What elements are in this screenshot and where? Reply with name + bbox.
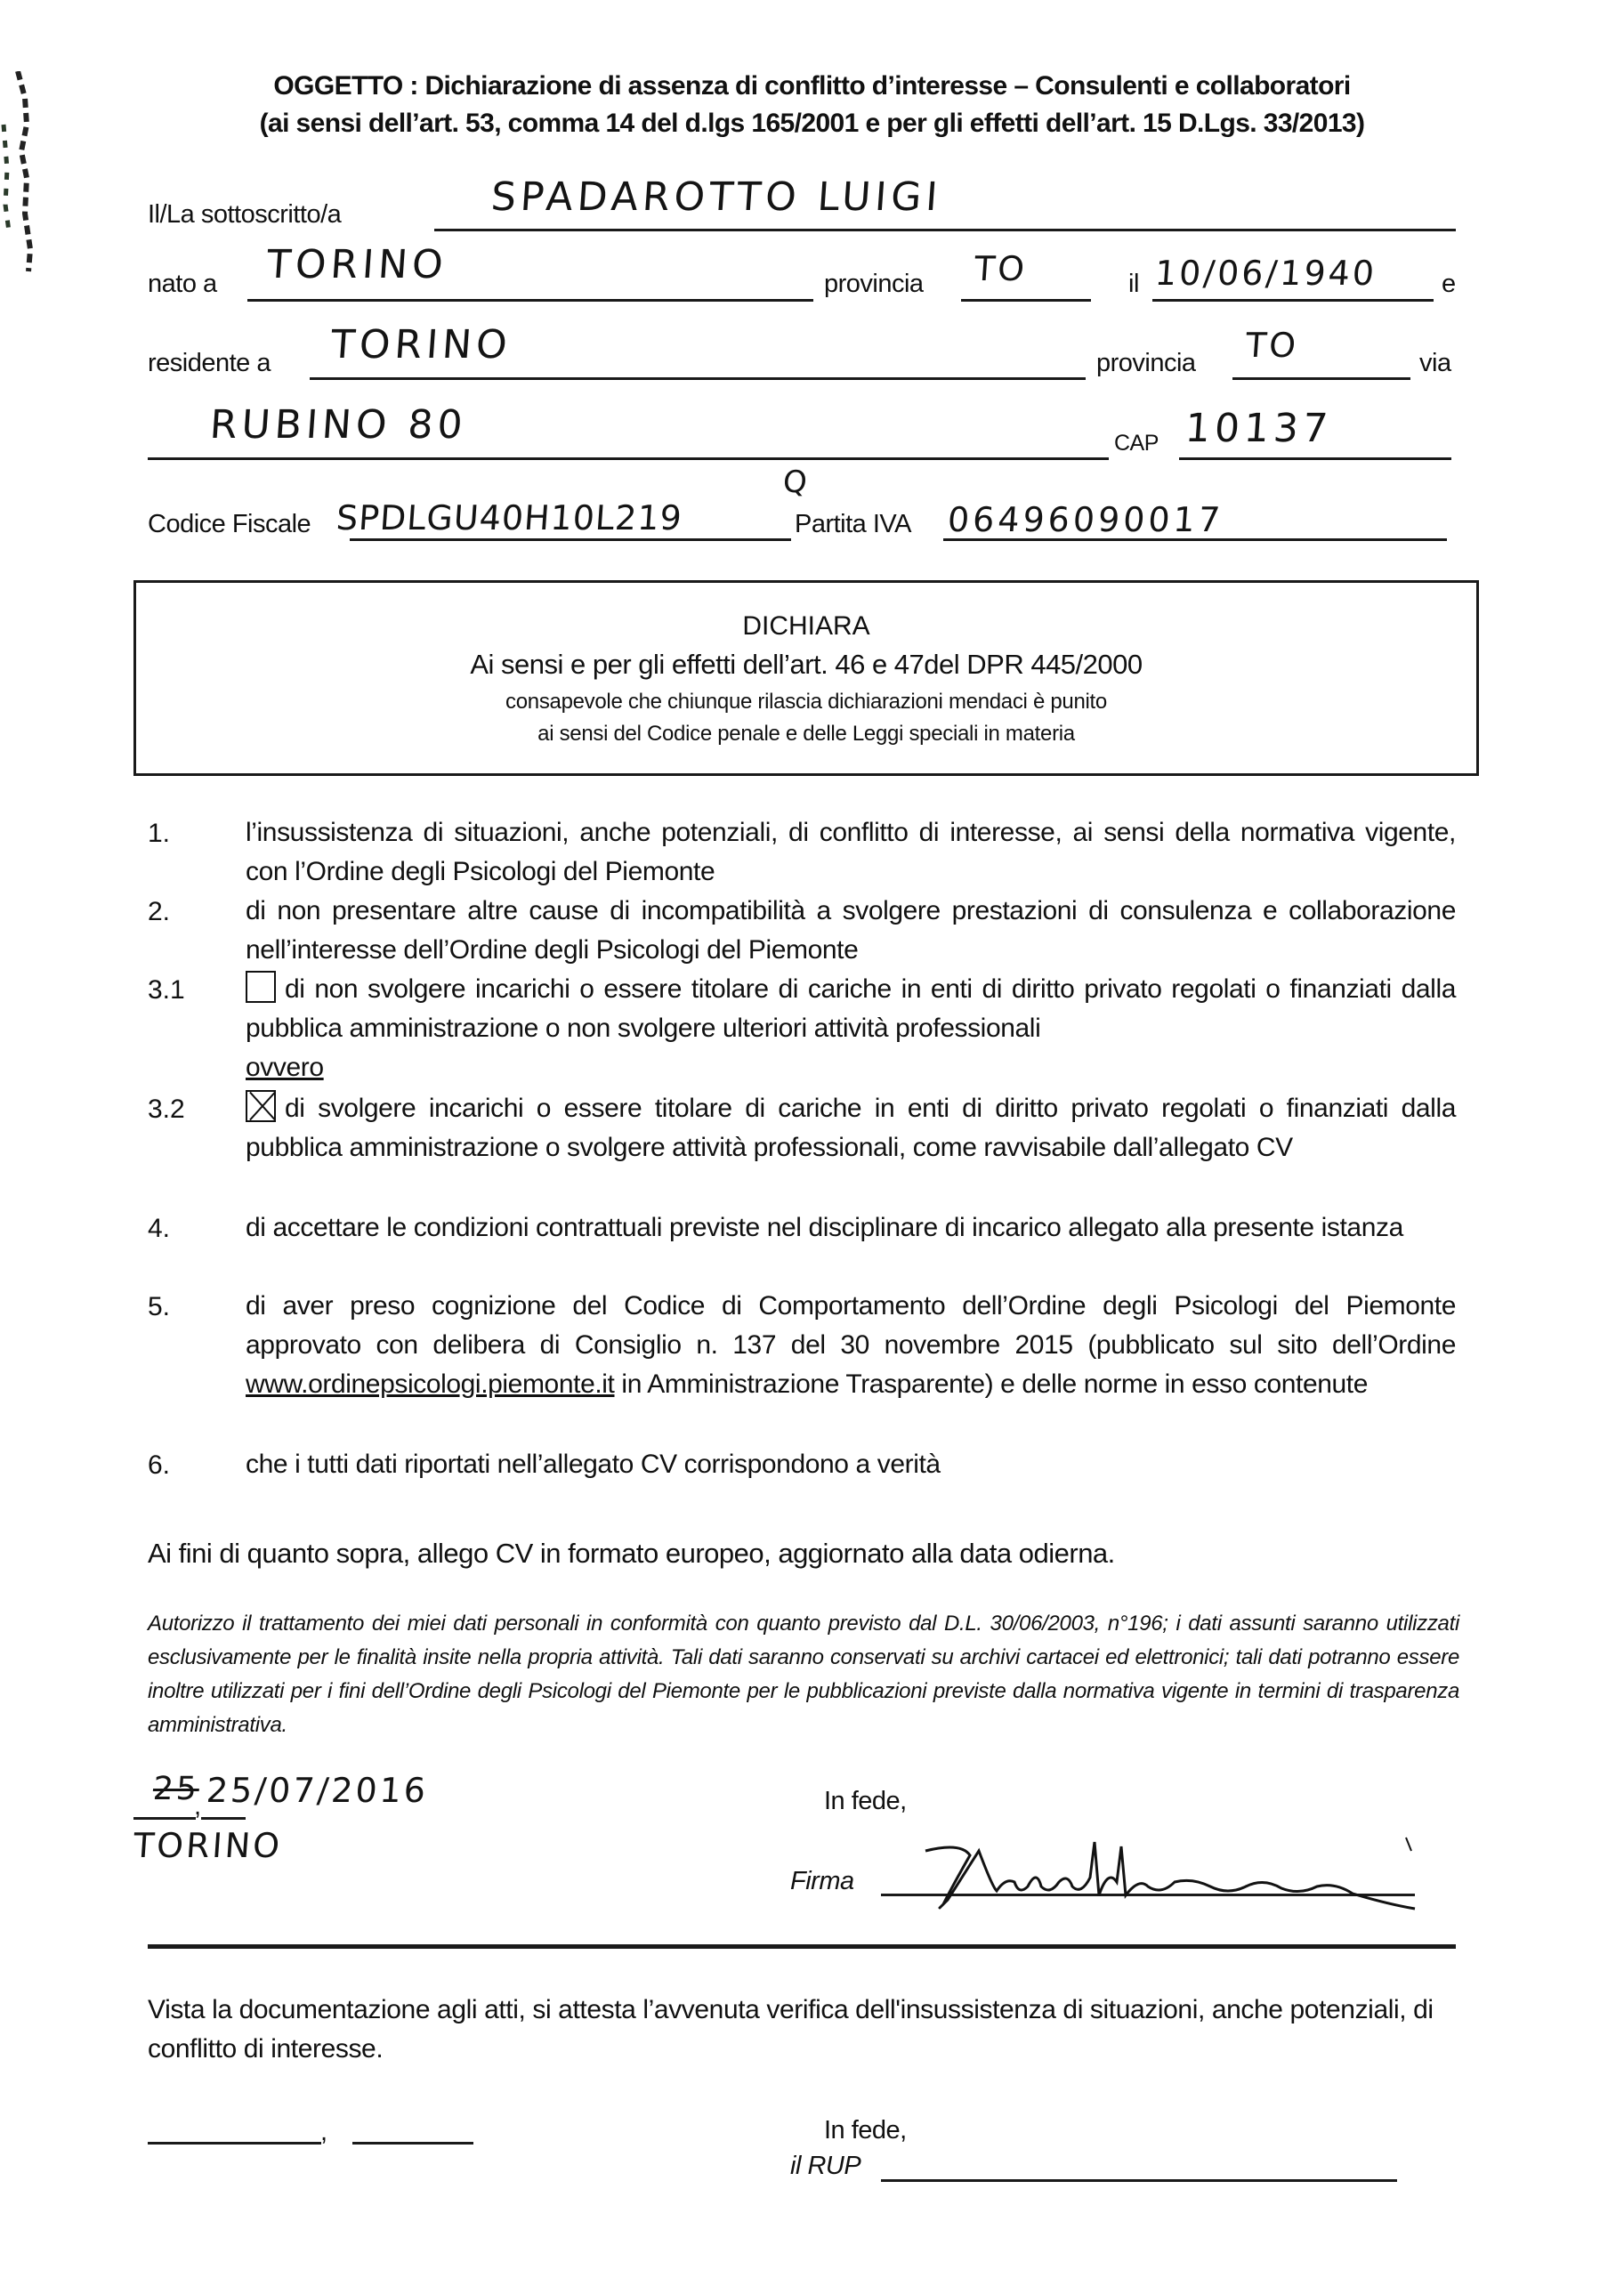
list-item: 1. l’insussistenza di situazioni, anche … <box>148 819 1456 897</box>
provincia-residenza-label: provincia <box>1096 349 1196 378</box>
ovvero-label: ovvero <box>246 1053 324 1082</box>
partita-iva-label: Partita IVA <box>795 510 911 539</box>
item-text: di svolgere incarichi o essere titolare … <box>246 1094 1456 1162</box>
scan-artifact <box>0 71 40 276</box>
declaration-subheading: Ai sensi e per gli effetti dell’art. 46 … <box>136 649 1476 681</box>
via-underline <box>148 457 1109 460</box>
list-item: 3.1 di non svolgere incarichi o essere t… <box>148 975 1456 1095</box>
item-text: in Amministrazione Trasparente) e delle … <box>615 1369 1369 1399</box>
rup-label: il RUP <box>790 2152 860 2181</box>
data-nascita-field[interactable]: 10/06/1940 <box>1153 254 1378 293</box>
declaration-items: 1. l’insussistenza di situazioni, anche … <box>148 819 1456 1490</box>
cap-field[interactable]: 10137 <box>1184 406 1334 451</box>
nato-underline <box>247 299 813 302</box>
item-number: 4. <box>148 1214 170 1244</box>
item-text-wrap: di svolgere incarichi o essere titolare … <box>246 1089 1456 1167</box>
declaration-heading: DICHIARA <box>136 611 1476 642</box>
item-number: 5. <box>148 1292 170 1322</box>
place-underline <box>133 1817 196 1820</box>
firma-label: Firma <box>790 1867 854 1896</box>
item-text: che i tutti dati riportati nell’allegato… <box>246 1445 1456 1484</box>
provincia-residenza-underline <box>1232 377 1410 380</box>
in-fede-label: In fede, <box>824 1787 907 1816</box>
partita-iva-field[interactable]: 06496090017 <box>946 500 1224 539</box>
provincia-nascita-field[interactable]: TO <box>973 249 1028 288</box>
data-nascita-underline <box>1152 299 1434 302</box>
declaration-note-1: consapevole che chiunque rilascia dichia… <box>136 690 1476 715</box>
provincia-nascita-label: provincia <box>824 270 924 299</box>
sottoscritto-field[interactable]: SPADAROTTO LUIGI <box>489 174 943 220</box>
codice-fiscale-field[interactable]: SPDLGU40H10L219 <box>335 498 683 537</box>
verification-text: Vista la documentazione agli atti, si at… <box>148 1991 1438 2069</box>
cap-label: CAP <box>1114 431 1159 456</box>
via-label: via <box>1419 349 1451 378</box>
declaration-box: DICHIARA Ai sensi e per gli effetti dell… <box>133 580 1479 776</box>
list-item: 5. di aver preso cognizione del Codice d… <box>148 1292 1456 1450</box>
provincia-nascita-underline <box>961 299 1091 302</box>
sottoscritto-label: Il/La sottoscritto/a <box>148 200 341 230</box>
item-text: di non presentare altre cause di incompa… <box>246 892 1456 970</box>
nato-field[interactable]: TORINO <box>265 242 448 287</box>
item-text: di aver preso cognizione del Codice di C… <box>246 1291 1456 1360</box>
privacy-note: Autorizzo il trattamento dei miei dati p… <box>148 1607 1459 1742</box>
ordine-website-link[interactable]: www.ordinepsicologi.piemonte.it <box>246 1369 615 1399</box>
document-subtitle: (ai sensi dell’art. 53, comma 14 del d.l… <box>0 109 1624 139</box>
signature-field[interactable] <box>908 1833 1442 1913</box>
residente-field[interactable]: TORINO <box>329 322 513 368</box>
item-text: di accettare le condizioni contrattuali … <box>246 1208 1456 1248</box>
date-underline <box>201 1817 246 1820</box>
section-divider <box>148 1944 1456 1949</box>
verification-date-blank[interactable] <box>352 2142 473 2145</box>
list-item: 2. di non presentare altre cause di inco… <box>148 897 1456 975</box>
e-label: e <box>1442 270 1456 299</box>
attachment-note: Ai fini di quanto sopra, allego CV in fo… <box>148 1538 1115 1570</box>
nato-label: nato a <box>148 270 217 299</box>
item-text-wrap: di non svolgere incarichi o essere titol… <box>246 970 1456 1087</box>
sottoscritto-underline <box>434 229 1456 231</box>
checkbox-3-2-checked[interactable] <box>246 1090 276 1122</box>
list-item: 6. che i tutti dati riportati nell’alleg… <box>148 1450 1456 1490</box>
declaration-note-2: ai sensi del Codice penale e delle Leggi… <box>136 722 1476 747</box>
item-number: 3.1 <box>148 975 185 1006</box>
place-field[interactable]: TORINO <box>132 1826 283 1865</box>
item-number: 1. <box>148 819 170 849</box>
item-text: l’insussistenza di situazioni, anche pot… <box>246 813 1456 892</box>
codice-fiscale-label: Codice Fiscale <box>148 510 311 539</box>
checkbox-3-1[interactable] <box>246 971 276 1003</box>
item-number: 2. <box>148 897 170 927</box>
cap-underline <box>1179 457 1451 460</box>
via-field[interactable]: RUBINO 80 <box>208 402 468 448</box>
item-text-wrap: di aver preso cognizione del Codice di C… <box>246 1287 1456 1404</box>
residente-underline <box>310 377 1086 380</box>
list-item: 3.2 di svolgere incarichi o essere titol… <box>148 1095 1456 1214</box>
list-item: 4. di accettare le condizioni contrattua… <box>148 1214 1456 1292</box>
rup-signature-blank[interactable] <box>881 2179 1397 2182</box>
il-label: il <box>1128 270 1139 299</box>
item-number: 6. <box>148 1450 170 1481</box>
document-title: OGGETTO : Dichiarazione di assenza di co… <box>0 71 1624 101</box>
item-number: 3.2 <box>148 1095 185 1125</box>
verification-comma: , <box>320 2118 327 2147</box>
codice-fiscale-correction: Q <box>782 464 812 500</box>
verification-in-fede-label: In fede, <box>824 2116 907 2145</box>
verification-place-blank[interactable] <box>148 2142 321 2145</box>
date-comma: , <box>194 1792 201 1822</box>
provincia-residenza-field[interactable]: TO <box>1244 326 1299 365</box>
date-field[interactable]: 25/07/2016 <box>205 1771 429 1810</box>
item-text: di non svolgere incarichi o essere titol… <box>246 974 1456 1043</box>
residente-label: residente a <box>148 349 271 378</box>
codice-fiscale-underline <box>350 538 791 541</box>
